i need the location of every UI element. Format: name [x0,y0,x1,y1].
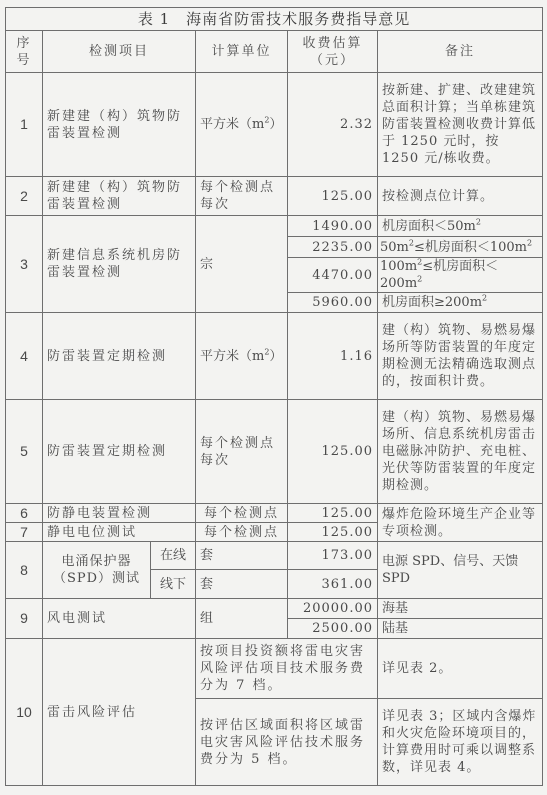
tier-note: 机房面积≥200m2 [378,293,543,313]
tier-fee: 4470.00 [288,258,378,293]
row-fee: 125.00 [288,504,378,523]
header-note: 备注 [378,31,543,73]
row-item: 防静电装置检测 [43,504,196,523]
row-item: 电涌保护器（SPD）测试 [43,542,151,599]
sub-mode: 在线 [151,542,196,570]
tier-note: 海基 [378,599,543,619]
row-no: 8 [6,542,43,599]
tier-fee: 20000.00 [288,599,378,619]
row-note: 建（构）筑物、易燃易爆场所、信息系统机房雷击电磁脉冲防护、充电桩、光伏等防雷装置… [378,400,543,504]
row-unit: 平方米（m2） [196,73,288,177]
shared-note: 爆炸危险环境生产企业等专项检测。 [378,504,543,542]
fee-guidance-table: 表 1 海南省防雷技术服务费指导意见 序号 检测项目 计算单位 收费估算（元） … [5,7,543,786]
row-item: 防雷装置定期检测 [43,400,196,504]
header-unit: 计算单位 [196,31,288,73]
row-item: 静电电位测试 [43,523,196,542]
table-title: 表 1 海南省防雷技术服务费指导意见 [6,8,543,31]
table-row: 10 雷击风险评估 按项目投资额将雷电灾害风险评估项目技术服务费分为 7 档。 … [6,639,543,699]
row-unit: 每个检测点每次 [196,400,288,504]
row-item: 风电测试 [43,599,196,639]
table-row: 2 新建建（构）筑物防雷装置检测 每个检测点每次 125.00 按检测点位计算。 [6,177,543,216]
row-note: 建（构）筑物、易燃易爆场所等防雷装置的年度定期检测无法精确选取测点的，按面积计费… [378,313,543,400]
tier-fee: 2500.00 [288,619,378,639]
row-item: 新建建（构）筑物防雷装置检测 [43,73,196,177]
header-item: 检测项目 [43,31,196,73]
row-item: 防雷装置定期检测 [43,313,196,400]
tier-note: 100m2≤机房面积＜200m2 [378,258,543,293]
row-unit: 每个检测点 [196,504,288,523]
sub-mode: 线下 [151,570,196,599]
tier-note: 机房面积＜50m2 [378,216,543,237]
tier-fee: 2235.00 [288,237,378,258]
sub-unit: 套 [196,542,288,570]
row-unit: 组 [196,599,288,639]
row-note: 按新建、扩建、改建建筑总面积计算；当单栋建筑防雷装置检测收费计算低于 1250 … [378,73,543,177]
tier-fee: 1490.00 [288,216,378,237]
row-no: 5 [6,400,43,504]
row-no: 9 [6,599,43,639]
row-no: 1 [6,73,43,177]
row-unit: 每个检测点每次 [196,177,288,216]
table-row: 1 新建建（构）筑物防雷装置检测 平方米（m2） 2.32 按新建、扩建、改建建… [6,73,543,177]
row-no: 3 [6,216,43,313]
row-item: 雷击风险评估 [43,639,196,786]
row-no: 2 [6,177,43,216]
row-unit: 宗 [196,216,288,313]
header-no: 序号 [6,31,43,73]
row-no: 7 [6,523,43,542]
tier-note: 陆基 [378,619,543,639]
part-desc: 按评估区域面积将区域雷电灾害风险评估技术服务费分为 5 档。 [196,699,378,786]
part-note: 详见表 2。 [378,639,543,699]
row-no: 4 [6,313,43,400]
table-row: 5 防雷装置定期检测 每个检测点每次 125.00 建（构）筑物、易燃易爆场所、… [6,400,543,504]
row-fee: 125.00 [288,523,378,542]
row-item: 新建建（构）筑物防雷装置检测 [43,177,196,216]
row-fee: 125.00 [288,177,378,216]
row-unit: 平方米（m2） [196,313,288,400]
table-row: 6 防静电装置检测 每个检测点 125.00 爆炸危险环境生产企业等专项检测。 [6,504,543,523]
row-item: 新建信息系统机房防雷装置检测 [43,216,196,313]
tier-fee: 5960.00 [288,293,378,313]
table-row: 8 电涌保护器（SPD）测试 在线 套 173.00 电源 SPD、信号、天馈 … [6,542,543,570]
row-no: 6 [6,504,43,523]
sub-unit: 套 [196,570,288,599]
table-row: 3 新建信息系统机房防雷装置检测 宗 1490.00 机房面积＜50m2 [6,216,543,237]
row-fee: 125.00 [288,400,378,504]
table-row: 4 防雷装置定期检测 平方米（m2） 1.16 建（构）筑物、易燃易爆场所等防雷… [6,313,543,400]
sub-fee: 361.00 [288,570,378,599]
part-desc: 按项目投资额将雷电灾害风险评估项目技术服务费分为 7 档。 [196,639,378,699]
part-note: 详见表 3；区域内含爆炸和火灾危险环境项目的，计算费用时可乘以调整系数，详见表 … [378,699,543,786]
header-fee: 收费估算（元） [288,31,378,73]
document-page: 表 1 海南省防雷技术服务费指导意见 序号 检测项目 计算单位 收费估算（元） … [0,0,547,795]
header-row: 序号 检测项目 计算单位 收费估算（元） 备注 [6,31,543,73]
row-fee: 1.16 [288,313,378,400]
row-fee: 2.32 [288,73,378,177]
table-row: 9 风电测试 组 20000.00 海基 [6,599,543,619]
row-no: 10 [6,639,43,786]
tier-note: 50m2≤机房面积＜100m2 [378,237,543,258]
row-note: 按检测点位计算。 [378,177,543,216]
sub-fee: 173.00 [288,542,378,570]
row-unit: 每个检测点 [196,523,288,542]
row-note: 电源 SPD、信号、天馈 SPD [378,542,543,599]
